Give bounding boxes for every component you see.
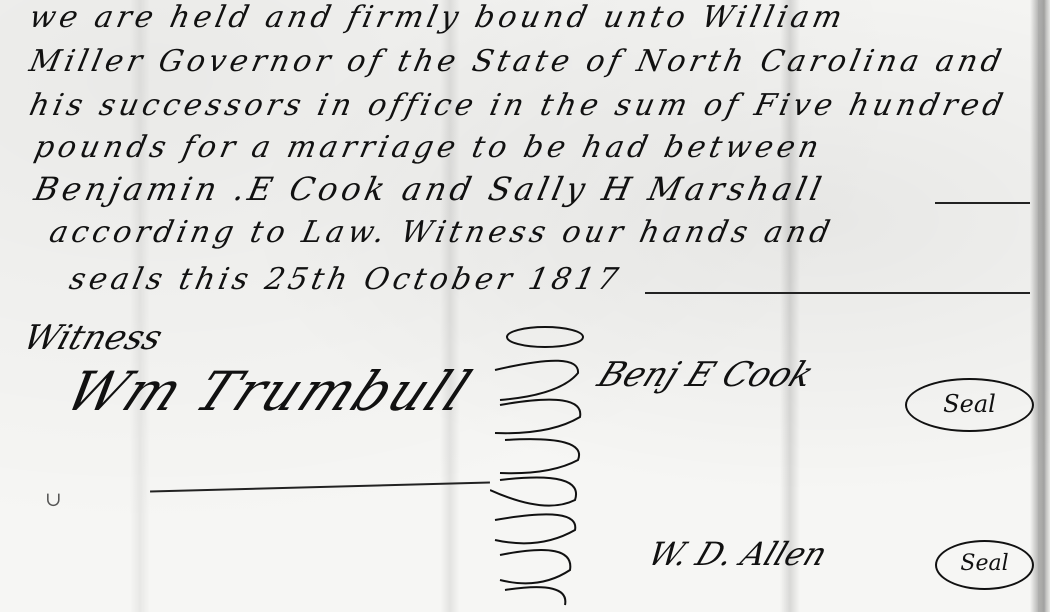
groom-signature: Benj E Cook: [592, 355, 820, 395]
document-scan: we are held and firmly bound unto Willia…: [0, 0, 1050, 612]
bond-text-line-2: Miller Governor of the State of North Ca…: [26, 44, 1008, 79]
witness-label: Witness: [19, 318, 168, 358]
seal-mark-1: Seal: [905, 378, 1034, 432]
stray-mark-icon: ∪: [45, 487, 62, 511]
bond-text-line-1: we are held and firmly bound unto Willia…: [26, 0, 849, 35]
date-filler-rule: [645, 292, 1030, 294]
witness-signature-line: [150, 482, 490, 493]
witness-signature: Wm Trumbull: [55, 360, 482, 423]
signature-flourish-icon: [490, 325, 590, 612]
bond-text-line-4: pounds for a marriage to be had between: [31, 130, 826, 165]
bondsman-signature: W. D. Allen: [643, 535, 832, 573]
bond-text-line-3: his successors in office in the sum of F…: [26, 88, 1010, 123]
seal-mark-2: Seal: [935, 540, 1034, 590]
bond-text-line-6: according to Law. Witness our hands and: [46, 215, 837, 250]
bond-text-line-7: seals this 25th October 1817: [66, 262, 625, 297]
bond-text-line-5: Benjamin .E Cook and Sally H Marshall: [31, 170, 829, 208]
line-filler-rule: [935, 202, 1030, 204]
page-edge: [1038, 0, 1050, 612]
